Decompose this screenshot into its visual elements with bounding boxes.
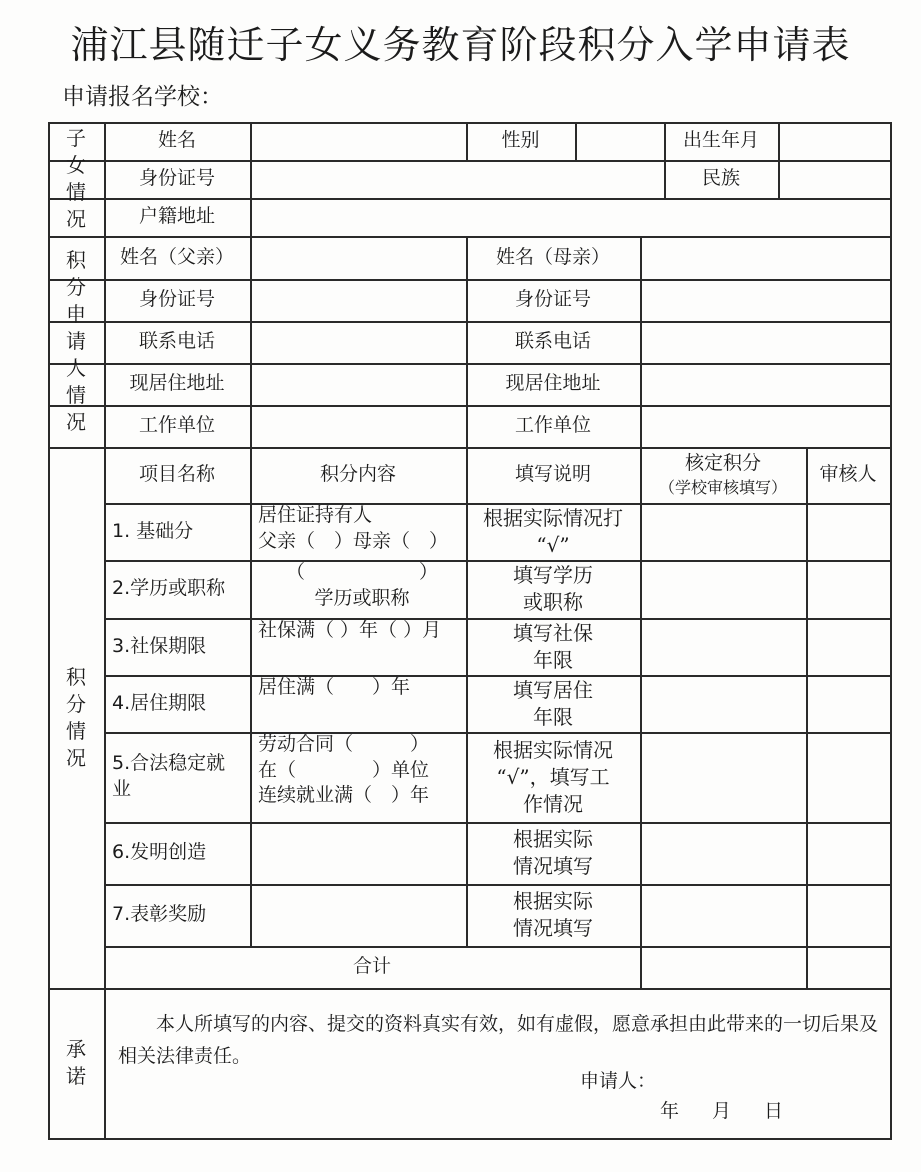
table-rule (890, 122, 892, 1140)
instruction-line: “√” (536, 532, 569, 559)
content-line[interactable]: 在（ ）单位 (258, 758, 429, 784)
points-item-instruction: 填写居住年限 (466, 675, 640, 732)
table-rule (640, 236, 642, 449)
text-line: 承 (66, 1036, 86, 1063)
text-line: 女 (66, 152, 86, 179)
content-line[interactable]: （ ） (286, 560, 438, 586)
text-line: 分 (66, 691, 86, 718)
mother-employer-label: 工作单位 (466, 405, 640, 447)
text-line: 分 (66, 274, 86, 301)
father-id-label: 身份证号 (104, 279, 250, 321)
instruction-line: 或职称 (523, 589, 583, 616)
child-birth-field[interactable] (778, 122, 890, 160)
mother-id-field[interactable] (640, 279, 890, 321)
mother-name-label: 姓名（母亲） (466, 236, 640, 279)
mother-employer-field[interactable] (640, 405, 890, 447)
mother-address-label: 现居住地址 (466, 363, 640, 405)
table-rule (778, 122, 780, 200)
pledge-text: 本人所填写的内容、提交的资料真实有效，如有虚假，愿意承担由此带来的一切后果及相关… (118, 1008, 888, 1072)
child-gender-label: 性别 (466, 122, 575, 160)
school-label: 申请报名学校： (62, 78, 223, 111)
content-line[interactable]: 学历或职称 (314, 586, 409, 612)
table-rule (466, 447, 468, 948)
points-item-content: 社保满（ ）年（ ）月 (250, 618, 466, 675)
father-phone-label: 联系电话 (104, 321, 250, 363)
instruction-line: 根据实际情况 (493, 737, 613, 764)
approved-score-field[interactable] (640, 884, 806, 946)
points-item-content: 居住证持有人父亲（ ）母亲（ ） (250, 503, 466, 560)
instruction-line: 情况填写 (513, 853, 593, 880)
table-rule (48, 122, 50, 1140)
text-line: 情 (66, 718, 86, 745)
table-rule (104, 988, 106, 1140)
table-rule (250, 122, 252, 238)
applicant-signature-label: 申请人： (580, 1066, 656, 1093)
table-rule (104, 447, 106, 990)
approved-score-field[interactable] (640, 560, 806, 618)
points-item-name: 3.社保期限 (104, 618, 250, 675)
instruction-line: 填写社保 (513, 620, 593, 647)
approved-score-field[interactable] (640, 822, 806, 884)
table-rule (806, 447, 808, 990)
reviewer-field[interactable] (806, 732, 890, 822)
father-name-field[interactable] (250, 236, 466, 279)
table-rule (575, 122, 577, 162)
content-line[interactable]: 居住满（ ）年 (258, 675, 410, 701)
text-line: 请 (66, 328, 86, 355)
text-line: 况 (66, 409, 86, 436)
table-rule (466, 236, 468, 449)
table-rule (250, 236, 252, 449)
mother-phone-label: 联系电话 (466, 321, 640, 363)
applicant-section-label: 积分申请人情况 (48, 236, 104, 447)
approved-score-field[interactable] (640, 503, 806, 560)
points-item-content[interactable] (250, 884, 466, 946)
father-address-label: 现居住地址 (104, 363, 250, 405)
header-reviewer: 审核人 (806, 447, 890, 503)
instruction-line: 年限 (533, 704, 573, 731)
date-month-label: 月 (712, 1096, 731, 1123)
instruction-line: 情况填写 (513, 915, 593, 942)
points-item-content: 居住满（ ）年 (250, 675, 466, 732)
table-rule (640, 447, 642, 990)
reviewer-field[interactable] (806, 822, 890, 884)
table-rule (250, 447, 252, 948)
approved-score-field[interactable] (640, 732, 806, 822)
text-line: （学校审核填写） (659, 477, 787, 499)
table-rule (664, 122, 666, 200)
points-item-content: 劳动合同（ ）在（ ）单位连续就业满（ ）年 (250, 732, 466, 822)
father-employer-field[interactable] (250, 405, 466, 447)
points-item-instruction: 填写社保年限 (466, 618, 640, 675)
content-line[interactable]: 连续就业满（ ）年 (258, 783, 429, 809)
reviewer-field[interactable] (806, 884, 890, 946)
text-line: 诺 (66, 1063, 86, 1090)
instruction-line: 填写居住 (513, 677, 593, 704)
text-line: 情 (66, 179, 86, 206)
points-item-instruction: 根据实际情况填写 (466, 822, 640, 884)
table-rule (466, 122, 468, 162)
instruction-line: 作情况 (523, 791, 583, 818)
reviewer-field[interactable] (806, 560, 890, 618)
content-line[interactable]: 社保满（ ）年（ ）月 (258, 618, 441, 644)
pledge-section-label: 承诺 (48, 988, 104, 1138)
text-line: 积 (66, 664, 86, 691)
child-name-label: 姓名 (104, 122, 250, 160)
text-line: 情 (66, 382, 86, 409)
mother-phone-field[interactable] (640, 321, 890, 363)
child-ethnicity-label: 民族 (664, 160, 778, 198)
text-line: 申 (66, 301, 86, 328)
total-label: 合计 (104, 946, 640, 988)
text-line: 况 (66, 745, 86, 772)
points-item-content: （ ）学历或职称 (250, 560, 466, 618)
header-item-name: 项目名称 (104, 447, 250, 503)
points-item-name: 4.居住期限 (104, 675, 250, 732)
reviewer-field[interactable] (806, 675, 890, 732)
reviewer-field[interactable] (806, 618, 890, 675)
father-address-field[interactable] (250, 363, 466, 405)
mother-name-field[interactable] (640, 236, 890, 279)
approved-score-field[interactable] (640, 675, 806, 732)
mother-address-field[interactable] (640, 363, 890, 405)
points-item-content[interactable] (250, 822, 466, 884)
mother-id-label: 身份证号 (466, 279, 640, 321)
instruction-line: 根据实际 (513, 888, 593, 915)
father-phone-field[interactable] (250, 321, 466, 363)
header-approved-score: 核定积分（学校审核填写） (640, 447, 806, 503)
points-item-name: 1. 基础分 (104, 503, 250, 560)
points-item-instruction: 根据实际情况打“√” (466, 503, 640, 560)
date-day-label: 日 (764, 1096, 783, 1123)
child-ethnicity-field[interactable] (778, 160, 890, 198)
instruction-line: 根据实际情况打 (483, 505, 623, 532)
child-section-label: 子女情况 (48, 122, 104, 236)
instruction-line: 根据实际 (513, 826, 593, 853)
points-item-instruction: 根据实际情况填写 (466, 884, 640, 946)
instruction-line: “√”，填写工 (496, 764, 609, 791)
child-household-label: 户籍地址 (104, 198, 250, 236)
points-item-instruction: 填写学历或职称 (466, 560, 640, 618)
table-rule (104, 236, 106, 449)
header-content: 积分内容 (250, 447, 466, 503)
table-rule (48, 988, 892, 990)
child-id-label: 身份证号 (104, 160, 250, 198)
child-birth-label: 出生年月 (664, 122, 778, 160)
reviewer-field[interactable] (806, 503, 890, 560)
text-line: 况 (66, 206, 86, 233)
text-line: 人 (66, 355, 86, 382)
father-employer-label: 工作单位 (104, 405, 250, 447)
text-line: 子 (66, 125, 86, 152)
points-section-label: 积分情况 (48, 447, 104, 988)
points-item-name: 5.合法稳定就业 (104, 732, 250, 822)
father-name-label: 姓名（父亲） (104, 236, 250, 279)
text-line: 核定积分 (685, 451, 761, 477)
approved-score-field[interactable] (640, 618, 806, 675)
child-name-field[interactable] (250, 122, 466, 160)
points-item-instruction: 根据实际情况“√”，填写工作情况 (466, 732, 640, 822)
instruction-line: 年限 (533, 647, 573, 674)
header-instruction: 填写说明 (466, 447, 640, 503)
total-reviewer-field[interactable] (806, 946, 890, 988)
father-id-field[interactable] (250, 279, 466, 321)
points-item-name: 6.发明创造 (104, 822, 250, 884)
table-rule (48, 1138, 892, 1140)
child-household-field[interactable] (250, 198, 890, 236)
child-id-field[interactable] (250, 160, 664, 198)
instruction-line: 填写学历 (513, 562, 593, 589)
table-rule (104, 122, 106, 238)
form-title: 浦江县随迁子女义务教育阶段积分入学申请表 (0, 14, 921, 69)
points-item-name: 2.学历或职称 (104, 560, 250, 618)
total-score-field[interactable] (640, 946, 806, 988)
text-line: 积 (66, 247, 86, 274)
points-item-name: 7.表彰奖励 (104, 884, 250, 946)
date-year-label: 年 (660, 1096, 679, 1123)
child-gender-field[interactable] (575, 122, 664, 160)
content-line[interactable]: 居住证持有人 (258, 503, 372, 529)
content-line[interactable]: 劳动合同（ ） (258, 732, 429, 758)
content-line[interactable]: 父亲（ ）母亲（ ） (258, 529, 448, 555)
